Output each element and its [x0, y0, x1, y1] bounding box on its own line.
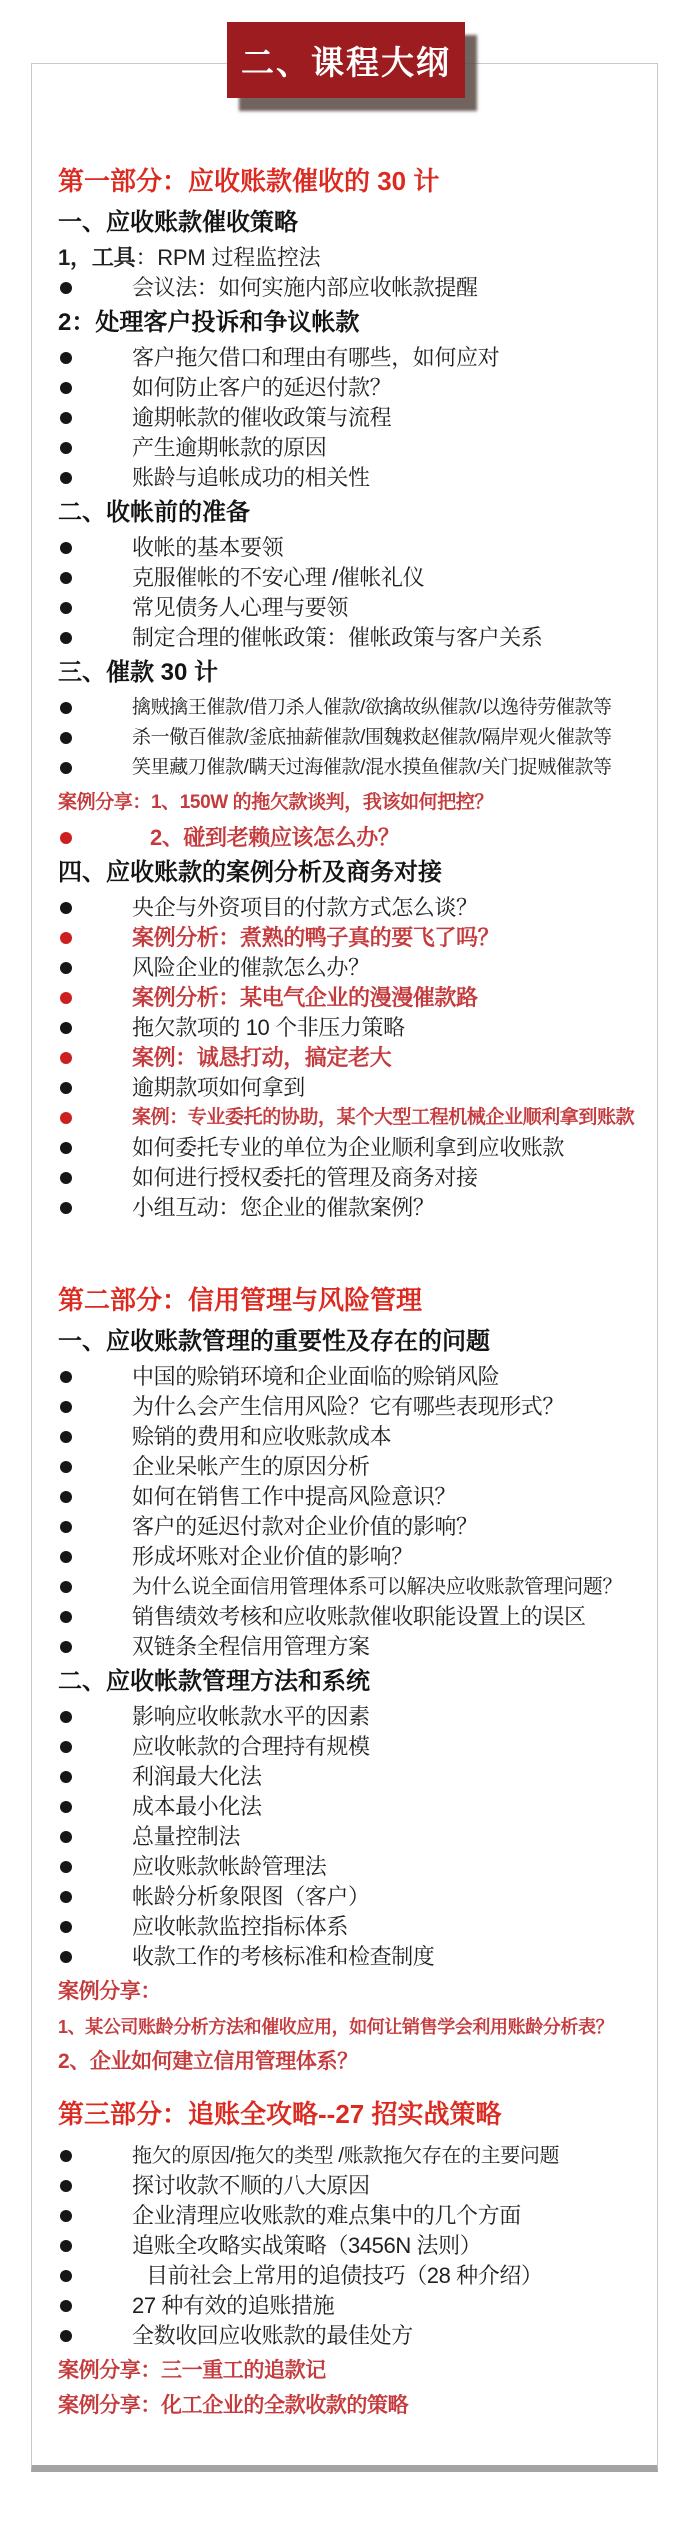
bullet-icon — [60, 442, 72, 454]
bullet-icon — [60, 1052, 72, 1064]
outline-item: 帐龄分析象限图（客户） — [58, 1882, 649, 1912]
bullet-column — [58, 893, 132, 923]
outline-item-text: 双链条全程信用管理方案 — [132, 1632, 649, 1662]
outline-item-text: 账龄与追帐成功的相关性 — [132, 463, 649, 493]
bullet-column — [58, 2171, 132, 2201]
outline-item: 探讨收款不顺的八大原因 — [58, 2171, 649, 2201]
outline-item-text: 如何防止客户的延迟付款？ — [132, 373, 649, 403]
bullet-column — [58, 1013, 132, 1043]
outline-item: 中国的赊销环境和企业面临的赊销风险 — [58, 1362, 649, 1392]
outline-item: 擒贼擒王催款/借刀杀人催款/欲擒故纵催款/以逸待劳催款等 — [58, 693, 649, 723]
bullet-column — [58, 1602, 132, 1632]
outline-item-text: ：RPM 过程监控法 — [135, 245, 320, 270]
outline-item: 赊销的费用和应收账款成本 — [58, 1422, 649, 1452]
outline-item-text: 产生逾期帐款的原因 — [132, 433, 649, 463]
page-background: { "banner": { "title": "二、课程大纲" }, "colo… — [0, 0, 690, 2542]
outline-item: 2、碰到老赖应该怎么办？ — [58, 823, 649, 853]
outline-item: 1，工具：RPM 过程监控法 — [58, 243, 649, 273]
outline-item: 逾期款项如何拿到 — [58, 1073, 649, 1103]
outline-item-text: 逾期帐款的催收政策与流程 — [132, 403, 649, 433]
outline-item-text: 收款工作的考核标准和检查制度 — [132, 1942, 649, 1972]
bullet-column — [58, 2291, 132, 2321]
outline-item: 产生逾期帐款的原因 — [58, 433, 649, 463]
outline-item: 27 种有效的追账措施 — [58, 2291, 649, 2321]
bullet-icon — [60, 1581, 72, 1593]
outline-item-text: 销售绩效考核和应收账款催收职能设置上的误区 — [132, 1602, 649, 1632]
outline-subheading: 二、收帐前的准备 — [58, 498, 649, 528]
outline-box: 第一部分：应收账款催收的 30 计一、应收账款催收策略1，工具：RPM 过程监控… — [31, 63, 658, 2472]
bullet-icon — [60, 382, 72, 394]
outline-item: 影响应收帐款水平的因素 — [58, 1702, 649, 1732]
outline-item: 央企与外资项目的付款方式怎么谈？ — [58, 893, 649, 923]
bullet-column — [58, 463, 132, 493]
outline-item-text: 会议法：如何实施内部应收帐款提醒 — [132, 273, 649, 303]
case-share-line: 1、某公司账龄分析方法和催收应用，如何让销售学会利用账龄分析表？ — [58, 2012, 649, 2042]
outline-item-text: 追账全攻略实战策略（3456N 法则） — [132, 2231, 649, 2261]
bullet-column — [58, 1762, 132, 1792]
outline-item: 为什么会产生信用风险？它有哪些表现形式？ — [58, 1392, 649, 1422]
outline-item-text: 拖欠款项的 10 个非压力策略 — [132, 1013, 649, 1043]
bullet-column — [58, 2231, 132, 2261]
outline-item-text: 中国的赊销环境和企业面临的赊销风险 — [132, 1362, 649, 1392]
outline-item: 如何防止客户的延迟付款？ — [58, 373, 649, 403]
bullet-column — [58, 623, 132, 653]
outline-subheading: 一、应收账款催收策略 — [58, 208, 649, 238]
outline-item: 利润最大化法 — [58, 1762, 649, 1792]
bullet-icon — [60, 632, 72, 644]
bullet-column — [58, 1702, 132, 1732]
bullet-icon — [60, 2210, 72, 2222]
bullet-icon — [60, 1551, 72, 1563]
outline-item: 如何委托专业的单位为企业顺利拿到应收账款 — [58, 1133, 649, 1163]
outline-item: 形成坏账对企业价值的影响？ — [58, 1542, 649, 1572]
outline-item-text: 案例分析：煮熟的鸭子真的要飞了吗？ — [132, 923, 649, 953]
part-title: 第二部分：信用管理与风险管理 — [58, 1283, 649, 1317]
bullet-icon — [60, 1142, 72, 1154]
outline-item: 客户的延迟付款对企业价值的影响？ — [58, 1512, 649, 1542]
outline-item: 小组互动：您企业的催款案例？ — [58, 1193, 649, 1223]
outline-item-text: 常见债务人心理与要领 — [132, 593, 649, 623]
banner-title: 二、课程大纲 — [241, 37, 451, 84]
bullet-column — [58, 1942, 132, 1972]
outline-item-text: 应收帐款的合理持有规模 — [132, 1732, 649, 1762]
outline-item-text: 总量控制法 — [132, 1822, 649, 1852]
bullet-icon — [60, 1022, 72, 1034]
outline-item-text: 利润最大化法 — [132, 1762, 649, 1792]
bullet-column — [58, 823, 150, 853]
bullet-icon — [60, 572, 72, 584]
bullet-column — [58, 2261, 132, 2291]
outline-item: 风险企业的催款怎么办？ — [58, 953, 649, 983]
outline-item: 账龄与追帐成功的相关性 — [58, 463, 649, 493]
outline-item: 克服催帐的不安心理 /催帐礼仪 — [58, 563, 649, 593]
outline-item-text: 企业清理应收账款的难点集中的几个方面 — [132, 2201, 649, 2231]
bullet-icon — [60, 1831, 72, 1843]
outline-subheading: 四、应收账款的案例分析及商务对接 — [58, 858, 649, 888]
part-section-2: 第二部分：信用管理与风险管理一、应收账款管理的重要性及存在的问题中国的赊销环境和… — [58, 1283, 649, 2077]
outline-item-text: 逾期款项如何拿到 — [132, 1073, 649, 1103]
bullet-icon — [60, 1371, 72, 1383]
outline-item-text: 案例：诚恳打动，搞定老大 — [132, 1043, 649, 1073]
outline-item: 成本最小化法 — [58, 1792, 649, 1822]
outline-item-text: 案例分析：某电气企业的漫漫催款路 — [132, 983, 649, 1013]
bullet-icon — [60, 472, 72, 484]
case-share-line: 案例分享：三一重工的追款记 — [58, 2356, 649, 2386]
outline-subheading: 一、应收账款管理的重要性及存在的问题 — [58, 1327, 649, 1357]
bullet-column — [58, 1912, 132, 1942]
outline-item: 企业呆帐产生的原因分析 — [58, 1452, 649, 1482]
bullet-icon — [60, 1461, 72, 1473]
outline-item: 双链条全程信用管理方案 — [58, 1632, 649, 1662]
bullet-column — [58, 1512, 132, 1542]
outline-item: 应收帐款的合理持有规模 — [58, 1732, 649, 1762]
outline-item: 销售绩效考核和应收账款催收职能设置上的误区 — [58, 1602, 649, 1632]
outline-item: 总量控制法 — [58, 1822, 649, 1852]
case-share-line: 案例分享： — [58, 1977, 649, 2007]
bullet-column — [58, 343, 132, 373]
bullet-icon — [60, 732, 72, 744]
section-banner: 二、课程大纲 — [227, 22, 465, 98]
outline-item: 案例分析：某电气企业的漫漫催款路 — [58, 983, 649, 1013]
case-share-line: 2、企业如何建立信用管理体系？ — [58, 2047, 649, 2077]
bullet-column — [58, 923, 132, 953]
outline-item: 拖欠的原因/拖欠的类型 /账款拖欠存在的主要问题 — [58, 2141, 649, 2171]
bullet-icon — [60, 1921, 72, 1933]
bullet-column — [58, 1542, 132, 1572]
bullet-icon — [60, 1951, 72, 1963]
outline-item-text: 成本最小化法 — [132, 1792, 649, 1822]
bullet-column — [58, 1422, 132, 1452]
bullet-column — [58, 1103, 132, 1133]
bullet-column — [58, 1163, 132, 1193]
outline-item-text: 赊销的费用和应收账款成本 — [132, 1422, 649, 1452]
outline-item-text: 全数收回应收账款的最佳处方 — [132, 2321, 649, 2351]
bullet-icon — [60, 2240, 72, 2252]
bullet-column — [58, 2201, 132, 2231]
bullet-icon — [60, 1861, 72, 1873]
outline-item: 杀一儆百催款/釜底抽薪催款/围魏救赵催款/隔岸观火催款等 — [58, 723, 649, 753]
bullet-icon — [60, 832, 72, 844]
part-title: 第一部分：应收账款催收的 30 计 — [58, 164, 649, 198]
outline-item: 会议法：如何实施内部应收帐款提醒 — [58, 273, 649, 303]
bullet-icon — [60, 542, 72, 554]
outline-item-text: 企业呆帐产生的原因分析 — [132, 1452, 649, 1482]
bullet-icon — [60, 602, 72, 614]
bullet-column — [58, 953, 132, 983]
outline-item-text: 为什么说全面信用管理体系可以解决应收账款管理问题？ — [132, 1572, 649, 1602]
outline-item: 应收帐款监控指标体系 — [58, 1912, 649, 1942]
bullet-icon — [60, 1711, 72, 1723]
outline-item: 拖欠款项的 10 个非压力策略 — [58, 1013, 649, 1043]
outline-item-text: 擒贼擒王催款/借刀杀人催款/欲擒故纵催款/以逸待劳催款等 — [132, 693, 649, 723]
bullet-icon — [60, 1801, 72, 1813]
outline-item: 收款工作的考核标准和检查制度 — [58, 1942, 649, 1972]
outline-item-text: 应收帐款监控指标体系 — [132, 1912, 649, 1942]
outline-subheading: 2：处理客户投诉和争议帐款 — [58, 308, 649, 338]
bullet-icon — [60, 1521, 72, 1533]
bullet-icon — [60, 1202, 72, 1214]
outline-item: 制定合理的催帐政策：催帐政策与客户关系 — [58, 623, 649, 653]
outline-item-text: 笑里藏刀催款/瞒天过海催款/混水摸鱼催款/关门捉贼催款等 — [132, 753, 649, 783]
bullet-column — [58, 1073, 132, 1103]
outline-item: 案例分析：煮熟的鸭子真的要飞了吗？ — [58, 923, 649, 953]
bullet-icon — [60, 2180, 72, 2192]
bullet-column — [58, 1882, 132, 1912]
outline-item: 如何在销售工作中提高风险意识？ — [58, 1482, 649, 1512]
bullet-icon — [60, 1172, 72, 1184]
bullet-column — [58, 2141, 132, 2171]
outline-item-text: 应收账款帐龄管理法 — [132, 1852, 649, 1882]
bullet-column — [58, 693, 132, 723]
bullet-column — [58, 2321, 132, 2351]
bullet-column — [58, 983, 132, 1013]
outline-item-text: 央企与外资项目的付款方式怎么谈？ — [132, 893, 649, 923]
outline-item-text: 制定合理的催帐政策：催帐政策与客户关系 — [132, 623, 649, 653]
bullet-icon — [60, 902, 72, 914]
bullet-icon — [60, 1891, 72, 1903]
part-title: 第三部分：追账全攻略--27 招实战策略 — [58, 2097, 649, 2131]
bullet-column — [58, 753, 132, 783]
outline-item-text: 如何进行授权委托的管理及商务对接 — [132, 1163, 649, 1193]
outline-subheading: 三、催款 30 计 — [58, 658, 649, 688]
bullet-column — [58, 1732, 132, 1762]
outline-item: 案例：诚恳打动，搞定老大 — [58, 1043, 649, 1073]
bullet-icon — [60, 962, 72, 974]
bullet-column — [58, 1133, 132, 1163]
case-share-line: 案例分享：化工企业的全款收款的策略 — [58, 2391, 649, 2421]
bullet-icon — [60, 1082, 72, 1094]
bullet-icon — [60, 2150, 72, 2162]
bullet-column — [58, 373, 132, 403]
outline-item: 收帐的基本要领 — [58, 533, 649, 563]
bullet-column — [58, 533, 132, 563]
outline-item: 笑里藏刀催款/瞒天过海催款/混水摸鱼催款/关门捉贼催款等 — [58, 753, 649, 783]
outline-item-text: 克服催帐的不安心理 /催帐礼仪 — [132, 563, 649, 593]
outline-subheading: 二、应收帐款管理方法和系统 — [58, 1667, 649, 1697]
outline-item: 常见债务人心理与要领 — [58, 593, 649, 623]
bullet-icon — [60, 1771, 72, 1783]
outline-item-label: 1，工具 — [58, 245, 135, 270]
bullet-icon — [60, 1611, 72, 1623]
bullet-column — [58, 1452, 132, 1482]
outline-item: 应收账款帐龄管理法 — [58, 1852, 649, 1882]
outline-item-text: 拖欠的原因/拖欠的类型 /账款拖欠存在的主要问题 — [132, 2141, 649, 2171]
bullet-column — [58, 593, 132, 623]
bullet-icon — [60, 1641, 72, 1653]
bullet-column — [58, 1572, 132, 1602]
outline-item-text: 探讨收款不顺的八大原因 — [132, 2171, 649, 2201]
bullet-icon — [60, 282, 72, 294]
bullet-column — [58, 1362, 132, 1392]
outline-item-text: 小组互动：您企业的催款案例？ — [132, 1193, 649, 1223]
outline-item-text: 收帐的基本要领 — [132, 533, 649, 563]
outline-item: 案例：专业委托的协助，某个大型工程机械企业顺利拿到账款 — [58, 1103, 649, 1133]
outline-item: 客户拖欠借口和理由有哪些，如何应对 — [58, 343, 649, 373]
bullet-icon — [60, 352, 72, 364]
bullet-column — [58, 1852, 132, 1882]
bullet-icon — [60, 992, 72, 1004]
outline-item: 追账全攻略实战策略（3456N 法则） — [58, 2231, 649, 2261]
outline-item-text: 2、碰到老赖应该怎么办？ — [150, 823, 649, 853]
bullet-column — [58, 1043, 132, 1073]
bullet-icon — [60, 762, 72, 774]
outline-item-text: 客户的延迟付款对企业价值的影响？ — [132, 1512, 649, 1542]
bullet-icon — [60, 1491, 72, 1503]
outline-item: 全数收回应收账款的最佳处方 — [58, 2321, 649, 2351]
outline-item-text: 影响应收帐款水平的因素 — [132, 1702, 649, 1732]
bullet-column — [58, 563, 132, 593]
bullet-icon — [60, 1431, 72, 1443]
bullet-icon — [60, 1741, 72, 1753]
bullet-icon — [60, 2270, 72, 2282]
bullet-icon — [60, 1112, 72, 1124]
outline-item-text: 27 种有效的追账措施 — [132, 2291, 649, 2321]
outline-item: 企业清理应收账款的难点集中的几个方面 — [58, 2201, 649, 2231]
bullet-icon — [60, 2300, 72, 2312]
bullet-column — [58, 1822, 132, 1852]
outline-item: 目前社会上常用的追债技巧（28 种介绍） — [58, 2261, 649, 2291]
part-section-3: 第三部分：追账全攻略--27 招实战策略拖欠的原因/拖欠的类型 /账款拖欠存在的… — [58, 2097, 649, 2421]
outline-item-text: 杀一儆百催款/釜底抽薪催款/围魏救赵催款/隔岸观火催款等 — [132, 723, 649, 753]
bullet-column — [58, 1632, 132, 1662]
outline-item-text: 案例：专业委托的协助，某个大型工程机械企业顺利拿到账款 — [132, 1103, 649, 1133]
bullet-icon — [60, 412, 72, 424]
outline-item-text: 如何委托专业的单位为企业顺利拿到应收账款 — [132, 1133, 649, 1163]
bullet-column — [58, 1792, 132, 1822]
bullet-column — [58, 1193, 132, 1223]
outline-item-text: 风险企业的催款怎么办？ — [132, 953, 649, 983]
outline-item: 为什么说全面信用管理体系可以解决应收账款管理问题？ — [58, 1572, 649, 1602]
outline-item: 如何进行授权委托的管理及商务对接 — [58, 1163, 649, 1193]
bullet-icon — [60, 702, 72, 714]
bullet-column — [58, 723, 132, 753]
bullet-column — [58, 273, 132, 303]
outline-item-text: 客户拖欠借口和理由有哪些，如何应对 — [132, 343, 649, 373]
outline-item-text: 形成坏账对企业价值的影响？ — [132, 1542, 649, 1572]
outline-item-text: 如何在销售工作中提高风险意识？ — [132, 1482, 649, 1512]
outline-item-text: 帐龄分析象限图（客户） — [132, 1882, 649, 1912]
bullet-column — [58, 1482, 132, 1512]
bullet-column — [58, 1392, 132, 1422]
bullet-icon — [60, 932, 72, 944]
outline-item: 逾期帐款的催收政策与流程 — [58, 403, 649, 433]
bullet-icon — [60, 2330, 72, 2342]
part-section-1: 第一部分：应收账款催收的 30 计一、应收账款催收策略1，工具：RPM 过程监控… — [58, 164, 649, 1223]
bullet-icon — [60, 1401, 72, 1413]
bullet-column — [58, 433, 132, 463]
case-share-line: 案例分享：1、150W 的拖欠款谈判，我该如何把控？ — [58, 788, 649, 818]
outline-item-text: 目前社会上常用的追债技巧（28 种介绍） — [132, 2261, 649, 2291]
bullet-column — [58, 403, 132, 433]
outline: 第一部分：应收账款催收的 30 计一、应收账款催收策略1，工具：RPM 过程监控… — [32, 64, 657, 2465]
outline-item-text: 为什么会产生信用风险？它有哪些表现形式？ — [132, 1392, 649, 1422]
